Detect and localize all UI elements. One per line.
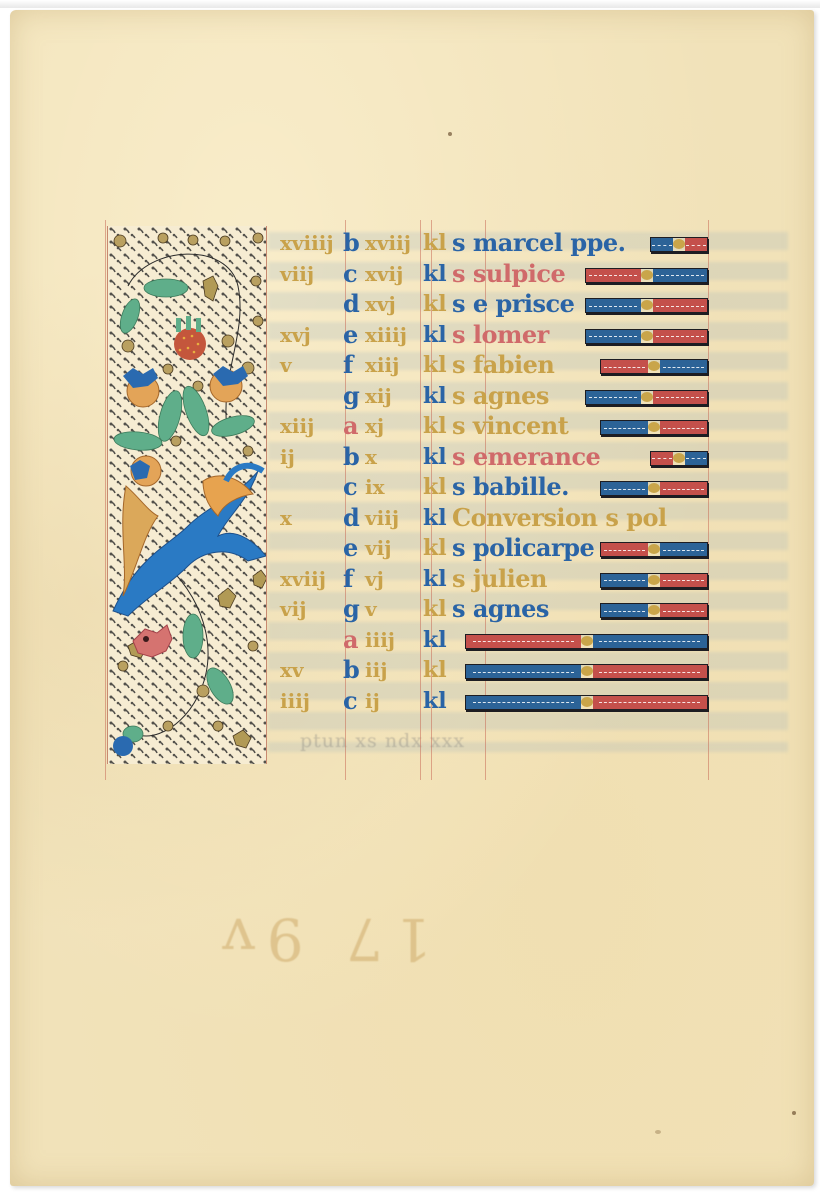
- line-filler-icon: [600, 542, 708, 557]
- golden-number: iiij: [280, 686, 342, 716]
- calendar-row: evijkls policarpe: [270, 533, 720, 563]
- dominical-letter: f: [343, 564, 363, 594]
- dominical-letter: b: [343, 442, 363, 472]
- calendar-row: ijbxkls emerance: [270, 442, 720, 472]
- foliation-offset: 17 9v: [210, 905, 432, 973]
- dominical-letter: d: [343, 289, 363, 319]
- line-filler-icon: [465, 664, 708, 679]
- saint-name: s vincent: [452, 411, 568, 441]
- calendar-row: aiiijkl: [270, 625, 720, 655]
- kalends-mark: kl: [423, 442, 453, 472]
- line-filler-icon: [650, 451, 708, 466]
- kalends-mark: kl: [423, 381, 453, 411]
- saint-name: s e prisce: [452, 289, 574, 319]
- kalends-mark: kl: [423, 503, 453, 533]
- line-filler-icon: [585, 390, 708, 405]
- line-filler-icon: [465, 634, 708, 649]
- line-filler-icon: [600, 603, 708, 618]
- dominical-letter: a: [343, 625, 363, 655]
- stain-spot: [655, 1130, 661, 1134]
- line-filler-icon: [585, 298, 708, 313]
- line-filler-icon: [600, 359, 708, 374]
- kalends-mark: kl: [423, 655, 453, 685]
- kalends-mark: kl: [423, 350, 453, 380]
- dominical-letter: g: [343, 594, 363, 624]
- dominical-letter: d: [343, 503, 363, 533]
- dominical-letter: g: [343, 381, 363, 411]
- saint-name: s lomer: [452, 320, 549, 350]
- line-filler-icon: [585, 329, 708, 344]
- calendar-row: xvjexiiijkls lomer: [270, 320, 720, 350]
- golden-number: viij: [280, 259, 342, 289]
- golden-number: xviij: [280, 564, 342, 594]
- golden-number: vij: [280, 594, 342, 624]
- kalends-mark: kl: [423, 259, 453, 289]
- line-filler-icon: [600, 420, 708, 435]
- golden-number: ij: [280, 442, 342, 472]
- saint-name: s babille.: [452, 472, 569, 502]
- ruling-line: [105, 220, 106, 780]
- calendar-row: xviijfvjkls julien: [270, 564, 720, 594]
- saint-name: s emerance: [452, 442, 600, 472]
- saint-name: s agnes: [452, 381, 549, 411]
- calendar-row: iiijcijkl: [270, 686, 720, 716]
- kalends-mark: kl: [423, 533, 453, 563]
- scan-background: [0, 0, 820, 8]
- line-filler-icon: [585, 268, 708, 283]
- dominical-letter: b: [343, 228, 363, 258]
- calendar-row: xvbiijkl: [270, 655, 720, 685]
- dominical-letter: f: [343, 350, 363, 380]
- saint-name: s agnes: [452, 594, 549, 624]
- calendar-row: vijgvkls agnes: [270, 594, 720, 624]
- calendar-row: vfxiijkls fabien: [270, 350, 720, 380]
- calendar-row: xiijaxjkls vincent: [270, 411, 720, 441]
- line-filler-icon: [600, 573, 708, 588]
- kalends-mark: kl: [423, 289, 453, 319]
- kalends-mark: kl: [423, 686, 453, 716]
- kalends-mark: kl: [423, 320, 453, 350]
- calendar-row: cixkls babille.: [270, 472, 720, 502]
- calendar-row: gxijkls agnes: [270, 381, 720, 411]
- ink-spot: [448, 132, 452, 136]
- calendar-row: xdviijklConversion s pol: [270, 503, 720, 533]
- saint-name: Conversion s pol: [452, 503, 667, 533]
- ink-spot: [792, 1111, 796, 1115]
- floral-border-icon: [108, 226, 266, 764]
- dominical-letter: c: [343, 686, 363, 716]
- kalends-mark: kl: [423, 411, 453, 441]
- saint-name: s julien: [452, 564, 547, 594]
- kalends-mark: kl: [423, 228, 453, 258]
- kalends-mark: kl: [423, 564, 453, 594]
- line-filler-icon: [650, 237, 708, 252]
- show-through-bottom-line: ptun xs ndx xxx: [300, 730, 465, 752]
- line-filler-icon: [465, 695, 708, 710]
- dominical-letter: b: [343, 655, 363, 685]
- dominical-letter: e: [343, 320, 363, 350]
- dominical-letter: e: [343, 533, 363, 563]
- golden-number: xviiij: [280, 228, 342, 258]
- saint-name: s fabien: [452, 350, 554, 380]
- dominical-letter: c: [343, 259, 363, 289]
- saint-name: s policarpe: [452, 533, 594, 563]
- golden-number: x: [280, 503, 342, 533]
- golden-number: xiij: [280, 411, 342, 441]
- calendar-row: viijcxvijkls sulpice: [270, 259, 720, 289]
- saint-name: s marcel ppe.: [452, 228, 626, 258]
- golden-number: v: [280, 350, 342, 380]
- line-filler-icon: [600, 481, 708, 496]
- dominical-letter: a: [343, 411, 363, 441]
- calendar-row: dxvjkls e prisce: [270, 289, 720, 319]
- calendar-row: xviiijbxviijkls marcel ppe.: [270, 228, 720, 258]
- saint-name: s sulpice: [452, 259, 565, 289]
- golden-number: xvj: [280, 320, 342, 350]
- golden-number: xv: [280, 655, 342, 685]
- dominical-letter: c: [343, 472, 363, 502]
- kalends-mark: kl: [423, 594, 453, 624]
- kalends-mark: kl: [423, 625, 453, 655]
- illuminated-border: [107, 226, 267, 764]
- kalends-mark: kl: [423, 472, 453, 502]
